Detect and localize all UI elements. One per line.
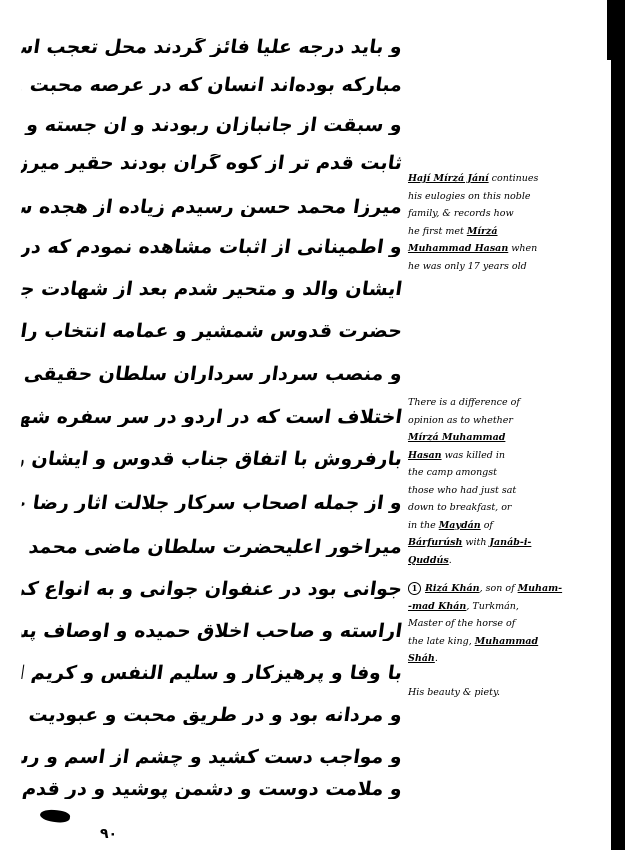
note-text: down to breakfast, or <box>408 502 511 513</box>
persian-line: آراسته و صاحب اخلاق حمیده و اوصاف پسندید… <box>21 622 404 641</box>
persian-line: و مواجب دست کشید و چشم از اسم و رسم و نا… <box>21 748 404 767</box>
underlined-name: Rizá Khán <box>425 583 480 594</box>
note-line: Hasan was killed in <box>408 447 608 465</box>
manuscript-page: و باید درجه علیا فائز گردند محل تعجب است… <box>0 0 625 850</box>
ink-blot <box>39 808 70 824</box>
note-text: of <box>481 520 493 531</box>
persian-line: حضرت قدوس شمشیر و عمامه انتخاب را به ایش… <box>21 322 404 341</box>
underlined-name: Muhammad <box>475 636 538 647</box>
persian-line: اختلاف است که در اردو در سر سفره شهید شد… <box>21 408 404 427</box>
note-line: Quddús. <box>408 552 608 570</box>
note-line: he first met Mírzá <box>408 223 608 241</box>
note-line: opinion as to whether <box>408 412 608 430</box>
note-line: those who had just sat <box>408 482 608 500</box>
note-text: those who had just sat <box>408 485 516 496</box>
note-text: , Turkmán, <box>466 601 519 612</box>
note-text: he was only 17 years old <box>408 261 527 272</box>
underlined-name: Bárfurúsh <box>408 537 462 548</box>
note-line: Hají Mírzá Jání continues <box>408 170 608 188</box>
scan-edge-border <box>611 0 625 850</box>
note-line: His beauty & piety. <box>408 684 608 702</box>
note-text: his eulogies on this noble <box>408 191 531 202</box>
underlined-name: Janáb-i- <box>490 537 532 548</box>
note-text: continues <box>489 173 539 184</box>
note-text: There is a difference of <box>408 397 520 408</box>
note-text: opinion as to whether <box>408 415 513 426</box>
underlined-name: Mírzá <box>467 226 498 237</box>
note-text: . <box>435 653 438 664</box>
underlined-name: Muham- <box>518 583 562 594</box>
note-text: family, & records how <box>408 208 514 219</box>
note-line: in the Maydán of <box>408 517 608 535</box>
underlined-name: Sháh <box>408 653 435 664</box>
note-text: . <box>449 555 452 566</box>
note-text: was killed in <box>442 450 505 461</box>
note-his-beauty: His beauty & piety. <box>408 684 608 702</box>
persian-line: با وفا و پرهیزکار و سلیم النفس و کریم ال… <box>21 664 404 683</box>
footnote-marker-icon: 1 <box>408 582 421 595</box>
note-line: he was only 17 years old <box>408 258 608 276</box>
underlined-name: Mírzá Muhammad <box>408 432 505 443</box>
note-line: the late king, Muhammad <box>408 633 608 651</box>
note-line: There is a difference of <box>408 394 608 412</box>
underlined-name: Hasan <box>408 450 442 461</box>
note-text: when <box>508 243 537 254</box>
note-line: his eulogies on this noble <box>408 188 608 206</box>
note-text: His beauty & piety. <box>408 687 500 698</box>
note-line: down to breakfast, or <box>408 499 608 517</box>
persian-line: و از جمله اصحاب سرکار جلالت آثار رضا خان… <box>21 494 404 513</box>
note-line: family, & records how <box>408 205 608 223</box>
persian-line: و ملامت دوست و دشمن پوشید و در قدم اول ث… <box>21 780 404 799</box>
underlined-name: Hají Mírzá Jání <box>408 173 489 184</box>
note-text: in the <box>408 520 439 531</box>
note-text: Master of the horse of <box>408 618 515 629</box>
note-line: -mad Khán, Turkmán, <box>408 598 608 616</box>
note-text: the late king, <box>408 636 475 647</box>
note-text: the camp amongst <box>408 467 497 478</box>
underlined-name: Muhammad Hasan <box>408 243 508 254</box>
note-difference-of-opinion: There is a difference ofopinion as to wh… <box>408 394 608 569</box>
scan-edge-notch <box>607 0 613 60</box>
persian-line: و منصب سردار سرداران سلطان حقیقی فرمودند… <box>21 365 404 384</box>
underlined-name: Quddús <box>408 555 449 566</box>
underlined-name: -mad Khán <box>408 601 466 612</box>
persian-line: ثابت قدم تر از کوه گران بودند حقیر میرزا… <box>21 154 404 173</box>
note-riza-khan: 1Rizá Khán, son of Muham--mad Khán, Turk… <box>408 580 608 668</box>
persian-line: مبارکه بوده‌اند آنسان که در عرصه محبت و … <box>21 76 404 95</box>
note-text: with <box>462 537 489 548</box>
persian-line: جوانی بود در عنفوان جوانی و به انواع کما… <box>21 580 404 599</box>
persian-line: ایشان والد و متحیر شدم بعد از شهادت جناب… <box>21 280 404 299</box>
note-line: Muhammad Hasan when <box>408 240 608 258</box>
persian-line: و مردانه بود و در طریق محبت و عبودیت حضر… <box>21 706 404 725</box>
note-line: Sháh. <box>408 650 608 668</box>
persian-line: و باید درجه علیا فائز گردند محل تعجب است… <box>21 38 404 57</box>
note-line: Mírzá Muhammad <box>408 429 608 447</box>
persian-line: میرآخور اعلیحضرت سلطان ماضی محمد شاه غاز… <box>21 538 404 557</box>
persian-line: و سبقت از جانبازان ربودند و آن جسته و ما… <box>21 116 404 135</box>
note-hajji-mirza-jani: Hají Mírzá Jání continueshis eulogies on… <box>408 170 608 275</box>
note-text: , son of <box>480 583 518 594</box>
note-line: Master of the horse of <box>408 615 608 633</box>
persian-line: بارفروش با اتفاق جناب قدوس و ایشان را به… <box>21 450 404 469</box>
persian-line: میرزا محمد حسن رسیدم زیاده از هجده سال ن… <box>21 198 404 217</box>
note-text: he first met <box>408 226 467 237</box>
note-line: 1Rizá Khán, son of Muham- <box>408 580 608 598</box>
persian-line: و اطمینانی از اثبات مشاهده نمودم که در ب… <box>21 238 404 257</box>
underlined-name: Maydán <box>439 520 481 531</box>
note-line: Bárfurúsh with Janáb-i- <box>408 534 608 552</box>
page-number: ۹۰ <box>100 826 117 842</box>
note-line: the camp amongst <box>408 464 608 482</box>
